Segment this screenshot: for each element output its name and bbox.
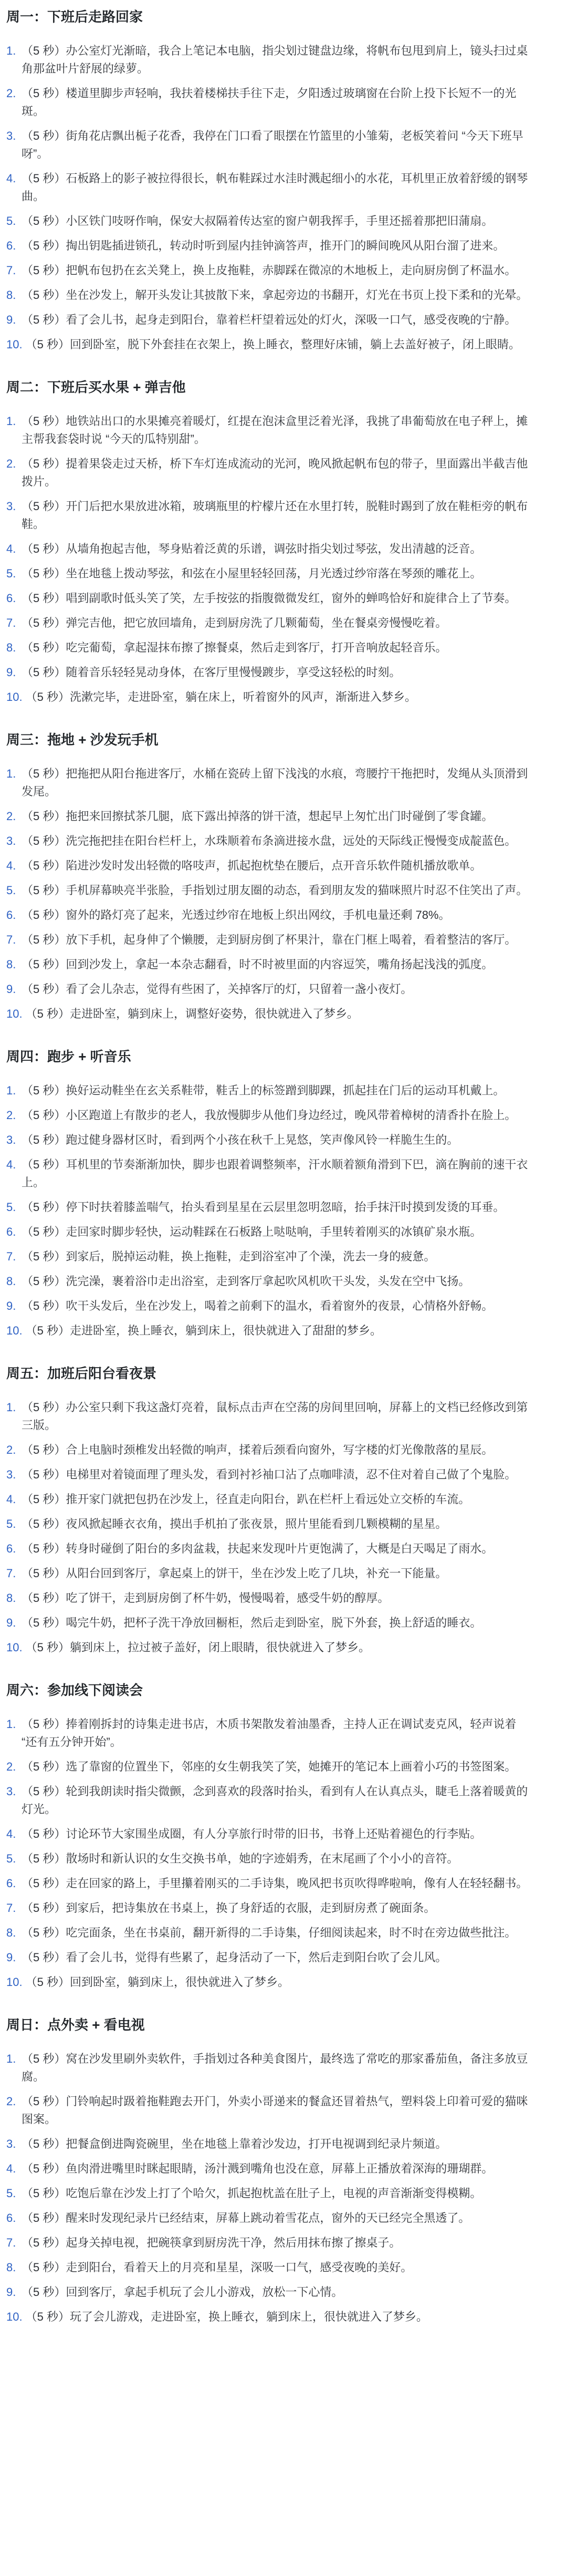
list-item: 8.（5 秒）吃完面条，坐在书桌前，翻开新得的二手诗集，仔细阅读起来，时不时在旁… (6, 1924, 534, 1942)
list-item: 3.（5 秒）跑过健身器材区时，看到两个小孩在秋千上晃悠，笑声像风铃一样脆生生的… (6, 1131, 534, 1149)
list-item: 10.（5 秒）走进卧室，换上睡衣，躺到床上，很快就进入了甜甜的梦乡。 (6, 1322, 534, 1340)
list-item-text: （5 秒）吃饱后靠在沙发上打了个哈欠，抓起抱枕盖在肚子上，电视的声音渐渐变得模糊… (22, 2187, 481, 2200)
list-item: 5.（5 秒）停下时扶着膝盖喘气，抬头看到星星在云层里忽明忽暗，抬手抹汗时摸到发… (6, 1198, 534, 1216)
day-heading: 周五：加班后阳台看夜景 (6, 1364, 534, 1383)
list-item-text: （5 秒）吃了饼干，走到厨房倒了杯牛奶，慢慢喝着，感受牛奶的醇厚。 (22, 1591, 389, 1605)
list-item-number: 1. (6, 42, 18, 60)
list-item-number: 4. (6, 857, 18, 875)
list-item-text: （5 秒）看了会儿书，起身走到阳台，靠着栏杆望着远处的灯火，深吸一口气，感受夜晚… (22, 313, 516, 326)
list-item: 1.（5 秒）办公室只剩下我这盏灯亮着，鼠标点击声在空荡的房间里回响，屏幕上的文… (6, 1399, 534, 1434)
list-item: 8.（5 秒）走到阳台，看着天上的月亮和星星，深吸一口气，感受夜晚的美好。 (6, 2259, 534, 2277)
list-item-text: （5 秒）弹完吉他，把它放回墙角，走到厨房洗了几颗葡萄，坐在餐桌旁慢慢吃着。 (22, 616, 447, 629)
list-item-number: 5. (6, 882, 18, 899)
day-heading: 周一：下班后走路回家 (6, 7, 534, 26)
list-item: 6.（5 秒）掏出钥匙插进锁孔，转动时听到屋内挂钟滴答声，推开门的瞬间晚风从阳台… (6, 237, 534, 255)
list-item-text: （5 秒）夜风掀起睡衣衣角，摸出手机拍了张夜景，照片里能看到几颗模糊的星星。 (22, 1517, 447, 1530)
list-item-number: 5. (6, 2185, 18, 2202)
list-item-number: 1. (6, 765, 18, 783)
day-section: 周四：跑步 + 听音乐1.（5 秒）换好运动鞋坐在玄关系鞋带，鞋舌上的标签蹭到脚… (6, 1047, 534, 1340)
list-item-number: 4. (6, 1156, 18, 1174)
list-item: 8.（5 秒）吃完葡萄，拿起湿抹布擦了擦餐桌，然后走到客厅，打开音响放起轻音乐。 (6, 639, 534, 657)
list-item: 2.（5 秒）提着果袋走过天桥，桥下车灯连成流动的光河，晚风掀起帆布包的带子，里… (6, 455, 534, 491)
list-item: 5.（5 秒）吃饱后靠在沙发上打了个哈欠，抓起抱枕盖在肚子上，电视的声音渐渐变得… (6, 2185, 534, 2202)
list-item: 7.（5 秒）放下手机，起身伸了个懒腰，走到厨房倒了杯果汁，靠在门框上喝着，看着… (6, 931, 534, 949)
list-item-text: （5 秒）随着音乐轻轻晃动身体，在客厅里慢慢踱步，享受这轻松的时刻。 (22, 666, 401, 679)
list-item-number: 4. (6, 170, 18, 188)
list-item-text: （5 秒）走回家时脚步轻快，运动鞋踩在石板路上哒哒响，手里转着刚买的冰镇矿泉水瓶… (22, 1225, 481, 1238)
list-item-number: 10. (6, 1005, 23, 1023)
list-item: 9.（5 秒）回到客厅，拿起手机玩了会儿小游戏，放松一下心情。 (6, 2283, 534, 2301)
list-item-text: （5 秒）坐在地毯上拨动琴弦，和弦在小屋里轻轻回荡，月光透过纱帘落在琴颈的雕花上… (22, 567, 481, 580)
list-item-text: （5 秒）回到客厅，拿起手机玩了会儿小游戏，放松一下心情。 (22, 2285, 343, 2299)
list-item: 5.（5 秒）手机屏幕映亮半张脸，手指划过朋友圈的动态，看到朋友发的猫咪照片时忍… (6, 882, 534, 899)
list-item: 8.（5 秒）洗完澡，裹着浴巾走出浴室，走到客厅拿起吹风机吹干头发，头发在空中飞… (6, 1273, 534, 1290)
day-item-list: 1.（5 秒）窝在沙发里刷外卖软件，手指划过各种美食图片，最终选了常吃的那家番茄… (6, 2050, 534, 2326)
list-item: 9.（5 秒）喝完牛奶，把杯子洗干净放回橱柜，然后走到卧室，脱下外套，换上舒适的… (6, 1614, 534, 1632)
list-item-number: 7. (6, 931, 18, 949)
list-item: 2.（5 秒）小区跑道上有散步的老人，我放慢脚步从他们身边经过，晚风带着樟树的清… (6, 1106, 534, 1124)
list-item-number: 3. (6, 1131, 18, 1149)
list-item-number: 3. (6, 1783, 18, 1801)
list-item-text: （5 秒）拖把来回擦拭茶几腿，底下露出掉落的饼干渣，想起早上匆忙出门时碰倒了零食… (22, 810, 493, 823)
list-item-text: （5 秒）走进卧室，换上睡衣，躺到床上，很快就进入了甜甜的梦乡。 (26, 1324, 382, 1337)
list-item-number: 10. (6, 1322, 23, 1340)
list-item-text: （5 秒）门铃响起时趿着拖鞋跑去开门，外卖小哥递来的餐盒还冒着热气，塑料袋上印着… (22, 2095, 528, 2126)
list-item-number: 2. (6, 455, 18, 473)
list-item: 3.（5 秒）轮到我朗读时指尖微颤，念到喜欢的段落时抬头，看到有人在认真点头，睫… (6, 1783, 534, 1818)
list-item: 1.（5 秒）地铁站出口的水果摊亮着暖灯，红提在泡沫盒里泛着光泽，我挑了串葡萄放… (6, 412, 534, 448)
day-heading: 周四：跑步 + 听音乐 (6, 1047, 534, 1066)
list-item-text: （5 秒）唱到副歌时低头笑了笑，左手按弦的指腹微微发红，窗外的蝉鸣恰好和旋律合上… (22, 592, 516, 605)
list-item-number: 1. (6, 1399, 18, 1416)
list-item-text: （5 秒）走到阳台，看着天上的月亮和星星，深吸一口气，感受夜晚的美好。 (22, 2261, 412, 2274)
list-item-number: 8. (6, 1589, 18, 1607)
list-item: 6.（5 秒）窗外的路灯亮了起来，光透过纱帘在地板上织出网纹，手机电量还剩 78… (6, 906, 534, 924)
list-item-number: 2. (6, 1441, 18, 1459)
list-item: 5.（5 秒）散场时和新认识的女生交换书单，她的字迹娟秀，在末尾画了个小小的音符… (6, 1850, 534, 1868)
list-item-number: 3. (6, 832, 18, 850)
list-item: 2.（5 秒）合上电脑时颈椎发出轻微的响声，揉着后颈看向窗外，写字楼的灯光像散落… (6, 1441, 534, 1459)
day-item-list: 1.（5 秒）把拖把从阳台拖进客厅，水桶在瓷砖上留下浅浅的水痕，弯腰拧干拖把时，… (6, 765, 534, 1023)
list-item-number: 9. (6, 980, 18, 998)
list-item-number: 2. (6, 85, 18, 102)
list-item: 1.（5 秒）捧着刚拆封的诗集走进书店，木质书架散发着油墨香，主持人正在调试麦克… (6, 1715, 534, 1751)
list-item-number: 1. (6, 412, 18, 430)
list-item-number: 4. (6, 540, 18, 558)
list-item: 4.（5 秒）从墙角抱起吉他，琴身贴着泛黄的乐谱，调弦时指尖划过琴弦，发出清越的… (6, 540, 534, 558)
list-item: 6.（5 秒）走回家时脚步轻快，运动鞋踩在石板路上哒哒响，手里转着刚买的冰镇矿泉… (6, 1223, 534, 1241)
list-item-text: （5 秒）喝完牛奶，把杯子洗干净放回橱柜，然后走到卧室，脱下外套，换上舒适的睡衣… (22, 1616, 481, 1629)
list-item-number: 7. (6, 1899, 18, 1917)
list-item: 7.（5 秒）从阳台回到客厅，拿起桌上的饼干，坐在沙发上吃了几块，补充一下能量。 (6, 1565, 534, 1582)
list-item-number: 3. (6, 127, 18, 145)
list-item-text: （5 秒）地铁站出口的水果摊亮着暖灯，红提在泡沫盒里泛着光泽，我挑了串葡萄放在电… (22, 415, 528, 446)
list-item-number: 2. (6, 2093, 18, 2111)
list-item-text: （5 秒）耳机里的节奏渐渐加快，脚步也跟着调整频率，汗水顺着额角滑到下巴，滴在胸… (22, 1158, 528, 1189)
day-heading: 周三：拖地 + 沙发玩手机 (6, 730, 534, 749)
day-section: 周日：点外卖 + 看电视1.（5 秒）窝在沙发里刷外卖软件，手指划过各种美食图片… (6, 2015, 534, 2326)
list-item-text: （5 秒）换好运动鞋坐在玄关系鞋带，鞋舌上的标签蹭到脚踝，抓起挂在门后的运动耳机… (22, 1084, 505, 1097)
list-item: 7.（5 秒）到家后，脱掉运动鞋，换上拖鞋，走到浴室冲了个澡，洗去一身的疲惫。 (6, 1248, 534, 1266)
day-heading: 周二：下班后买水果 + 弹吉他 (6, 378, 534, 397)
list-item-number: 8. (6, 1924, 18, 1942)
list-item-text: （5 秒）办公室只剩下我这盏灯亮着，鼠标点击声在空荡的房间里回响，屏幕上的文档已… (22, 1401, 528, 1432)
list-item-text: （5 秒）洗漱完毕，走进卧室，躺在床上，听着窗外的风声，渐渐进入梦乡。 (26, 690, 416, 704)
list-item-number: 5. (6, 565, 18, 583)
list-item-number: 7. (6, 2234, 18, 2252)
list-item-text: （5 秒）窝在沙发里刷外卖软件，手指划过各种美食图片，最终选了常吃的那家番茄鱼，… (22, 2052, 528, 2083)
list-item-text: （5 秒）到家后，把诗集放在书桌上，换了身舒适的衣服，走到厨房煮了碗面条。 (22, 1901, 435, 1915)
list-item: 10.（5 秒）回到卧室，脱下外套挂在衣架上，换上睡衣，整理好床铺，躺上去盖好被… (6, 336, 534, 354)
day-item-list: 1.（5 秒）捧着刚拆封的诗集走进书店，木质书架散发着油墨香，主持人正在调试麦克… (6, 1715, 534, 1991)
list-item: 3.（5 秒）洗完拖把挂在阳台栏杆上，水珠顺着布条滴进接水盘，远处的天际线正慢慢… (6, 832, 534, 850)
day-item-list: 1.（5 秒）办公室只剩下我这盏灯亮着，鼠标点击声在空荡的房间里回响，屏幕上的文… (6, 1399, 534, 1657)
list-item-text: （5 秒）选了靠窗的位置坐下，邻座的女生朝我笑了笑，她摊开的笔记本上画着小巧的书… (22, 1760, 516, 1773)
list-item: 1.（5 秒）办公室灯光渐暗，我合上笔记本电脑，指尖划过键盘边缘，将帆布包甩到肩… (6, 42, 534, 78)
list-item-text: （5 秒）把餐盒倒进陶瓷碗里，坐在地毯上靠着沙发边，打开电视调到纪录片频道。 (22, 2137, 447, 2150)
list-item-text: （5 秒）看了会儿书，觉得有些累了，起身活动了一下，然后走到阳台吹了会儿风。 (22, 1951, 447, 1964)
list-item-number: 6. (6, 1875, 18, 1892)
list-item: 3.（5 秒）电梯里对着镜面理了理头发，看到衬衫袖口沾了点咖啡渍，忍不住对着自己… (6, 1466, 534, 1484)
list-item-number: 6. (6, 1223, 18, 1241)
day-item-list: 1.（5 秒）换好运动鞋坐在玄关系鞋带，鞋舌上的标签蹭到脚踝，抓起挂在门后的运动… (6, 1082, 534, 1340)
list-item: 4.（5 秒）耳机里的节奏渐渐加快，脚步也跟着调整频率，汗水顺着额角滑到下巴，滴… (6, 1156, 534, 1192)
list-item-text: （5 秒）到家后，脱掉运动鞋，换上拖鞋，走到浴室冲了个澡，洗去一身的疲惫。 (22, 1250, 435, 1263)
list-item-text: （5 秒）跑过健身器材区时，看到两个小孩在秋千上晃悠，笑声像风铃一样脆生生的。 (22, 1133, 458, 1146)
list-item-number: 10. (6, 688, 23, 706)
list-item-text: （5 秒）鱼肉滑进嘴里时眯起眼睛，汤汁溅到嘴角也没在意，屏幕上正播放着深海的珊瑚… (22, 2162, 493, 2175)
list-item-text: （5 秒）起身关掉电视，把碗筷拿到厨房洗干净，然后用抹布擦了擦桌子。 (22, 2236, 401, 2249)
list-item-text: （5 秒）回到卧室，躺到床上，很快就进入了梦乡。 (26, 1975, 289, 1989)
list-item-number: 4. (6, 2160, 18, 2178)
list-item: 2.（5 秒）楼道里脚步声轻响，我扶着楼梯扶手往下走，夕阳透过玻璃窗在台阶上投下… (6, 85, 534, 120)
list-item-text: （5 秒）窗外的路灯亮了起来，光透过纱帘在地板上织出网纹，手机电量还剩 78%。 (22, 908, 450, 922)
list-item-text: （5 秒）躺到床上，拉过被子盖好，闭上眼睛，很快就进入了梦乡。 (26, 1641, 370, 1654)
list-item-number: 8. (6, 956, 18, 974)
day-section: 周五：加班后阳台看夜景1.（5 秒）办公室只剩下我这盏灯亮着，鼠标点击声在空荡的… (6, 1364, 534, 1657)
list-item: 2.（5 秒）门铃响起时趿着拖鞋跑去开门，外卖小哥递来的餐盒还冒着热气，塑料袋上… (6, 2093, 534, 2128)
list-item-text: （5 秒）捧着刚拆封的诗集走进书店，木质书架散发着油墨香，主持人正在调试麦克风，… (22, 1718, 516, 1749)
list-item-text: （5 秒）走在回家的路上，手里攥着刚买的二手诗集，晚风把书页吹得哗啦响，像有人在… (22, 1877, 528, 1890)
list-item: 8.（5 秒）坐在沙发上，解开头发让其披散下来，拿起旁边的书翻开，灯光在书页上投… (6, 286, 534, 304)
list-item: 7.（5 秒）到家后，把诗集放在书桌上，换了身舒适的衣服，走到厨房煮了碗面条。 (6, 1899, 534, 1917)
list-item-number: 10. (6, 336, 23, 354)
list-item-text: （5 秒）散场时和新认识的女生交换书单，她的字迹娟秀，在末尾画了个小小的音符。 (22, 1852, 458, 1865)
list-item: 5.（5 秒）夜风掀起睡衣衣角，摸出手机拍了张夜景，照片里能看到几颗模糊的星星。 (6, 1515, 534, 1533)
list-item-number: 1. (6, 1082, 18, 1100)
list-item: 2.（5 秒）拖把来回擦拭茶几腿，底下露出掉落的饼干渣，想起早上匆忙出门时碰倒了… (6, 808, 534, 825)
list-item: 10.（5 秒）回到卧室，躺到床上，很快就进入了梦乡。 (6, 1973, 534, 1991)
list-item-text: （5 秒）玩了会儿游戏，走进卧室，换上睡衣，躺到床上，很快就进入了梦乡。 (26, 2310, 428, 2323)
document-page: 周一：下班后走路回家1.（5 秒）办公室灯光渐暗，我合上笔记本电脑，指尖划过键盘… (0, 0, 567, 2342)
list-item-number: 6. (6, 906, 18, 924)
list-item-number: 5. (6, 212, 18, 230)
list-item-number: 9. (6, 1949, 18, 1967)
list-item-number: 8. (6, 286, 18, 304)
list-item: 8.（5 秒）回到沙发上，拿起一本杂志翻看，时不时被里面的内容逗笑，嘴角扬起浅浅… (6, 956, 534, 974)
list-item: 7.（5 秒）把帆布包扔在玄关凳上，换上皮拖鞋，赤脚踩在微凉的木地板上，走向厨房… (6, 262, 534, 280)
list-item-number: 9. (6, 1614, 18, 1632)
list-item-number: 6. (6, 237, 18, 255)
list-item: 4.（5 秒）讨论环节大家围坐成圈，有人分享旅行时带的旧书，书脊上还贴着褪色的行… (6, 1825, 534, 1843)
day-section: 周六：参加线下阅读会1.（5 秒）捧着刚拆封的诗集走进书店，木质书架散发着油墨香… (6, 1681, 534, 1991)
list-item: 1.（5 秒）换好运动鞋坐在玄关系鞋带，鞋舌上的标签蹭到脚踝，抓起挂在门后的运动… (6, 1082, 534, 1100)
list-item-text: （5 秒）讨论环节大家围坐成圈，有人分享旅行时带的旧书，书脊上还贴着褪色的行李贴… (22, 1827, 481, 1840)
list-item-number: 6. (6, 1540, 18, 1558)
list-item-number: 4. (6, 1491, 18, 1508)
list-item: 2.（5 秒）选了靠窗的位置坐下，邻座的女生朝我笑了笑，她摊开的笔记本上画着小巧… (6, 1758, 534, 1776)
list-item-text: （5 秒）从阳台回到客厅，拿起桌上的饼干，坐在沙发上吃了几块，补充一下能量。 (22, 1567, 447, 1580)
list-item-number: 8. (6, 639, 18, 657)
day-heading: 周日：点外卖 + 看电视 (6, 2015, 534, 2034)
day-item-list: 1.（5 秒）地铁站出口的水果摊亮着暖灯，红提在泡沫盒里泛着光泽，我挑了串葡萄放… (6, 412, 534, 706)
list-item-number: 7. (6, 1248, 18, 1266)
day-section: 周一：下班后走路回家1.（5 秒）办公室灯光渐暗，我合上笔记本电脑，指尖划过键盘… (6, 7, 534, 354)
list-item-number: 10. (6, 2308, 23, 2326)
list-item-number: 3. (6, 2135, 18, 2153)
list-item-number: 9. (6, 664, 18, 681)
list-item: 3.（5 秒）街角花店飘出栀子花香，我停在门口看了眼摆在竹篮里的小雏菊，老板笑着… (6, 127, 534, 163)
list-item-text: （5 秒）吃完葡萄，拿起湿抹布擦了擦餐桌，然后走到客厅，打开音响放起轻音乐。 (22, 641, 447, 654)
list-item-text: （5 秒）回到卧室，脱下外套挂在衣架上，换上睡衣，整理好床铺，躺上去盖好被子，闭… (26, 338, 520, 351)
list-item-number: 8. (6, 2259, 18, 2277)
list-item-number: 2. (6, 808, 18, 825)
list-item-text: （5 秒）掏出钥匙插进锁孔，转动时听到屋内挂钟滴答声，推开门的瞬间晚风从阳台溜了… (22, 239, 505, 252)
day-heading: 周六：参加线下阅读会 (6, 1681, 534, 1700)
list-item: 6.（5 秒）转身时碰倒了阳台的多肉盆栽，扶起来发现叶片更饱满了，大概是白天喝足… (6, 1540, 534, 1558)
list-item-number: 6. (6, 589, 18, 607)
list-item-number: 1. (6, 1715, 18, 1733)
list-item-number: 10. (6, 1973, 23, 1991)
list-item-number: 7. (6, 1565, 18, 1582)
list-item-number: 3. (6, 1466, 18, 1484)
list-item-text: （5 秒）走进卧室，躺到床上，调整好姿势，很快就进入了梦乡。 (26, 1007, 359, 1020)
list-item: 5.（5 秒）坐在地毯上拨动琴弦，和弦在小屋里轻轻回荡，月光透过纱帘落在琴颈的雕… (6, 565, 534, 583)
list-item-text: （5 秒）楼道里脚步声轻响，我扶着楼梯扶手往下走，夕阳透过玻璃窗在台阶上投下长短… (22, 87, 516, 118)
list-item: 9.（5 秒）看了会儿杂志，觉得有些困了，关掉客厅的灯，只留着一盏小夜灯。 (6, 980, 534, 998)
list-item-text: （5 秒）开门后把水果放进冰箱，玻璃瓶里的柠檬片还在水里打转，脱鞋时踢到了放在鞋… (22, 500, 528, 531)
list-item-number: 2. (6, 1106, 18, 1124)
list-item: 6.（5 秒）醒来时发现纪录片已经结束，屏幕上跳动着雪花点，窗外的天已经完全黑透… (6, 2209, 534, 2227)
list-item: 6.（5 秒）走在回家的路上，手里攥着刚买的二手诗集，晚风把书页吹得哗啦响，像有… (6, 1875, 534, 1892)
list-item: 4.（5 秒）石板路上的影子被拉得很长，帆布鞋踩过水洼时溅起细小的水花，耳机里正… (6, 170, 534, 205)
list-item-number: 4. (6, 1825, 18, 1843)
list-item-text: （5 秒）街角花店飘出栀子花香，我停在门口看了眼摆在竹篮里的小雏菊，老板笑着问 … (22, 129, 523, 160)
list-item-number: 5. (6, 1515, 18, 1533)
list-item: 1.（5 秒）窝在沙发里刷外卖软件，手指划过各种美食图片，最终选了常吃的那家番茄… (6, 2050, 534, 2086)
list-item-text: （5 秒）石板路上的影子被拉得很长，帆布鞋踩过水洼时溅起细小的水花，耳机里正放着… (22, 172, 528, 203)
list-item-text: （5 秒）把拖把从阳台拖进客厅，水桶在瓷砖上留下浅浅的水痕，弯腰拧干拖把时，发绳… (22, 767, 528, 798)
list-item-text: （5 秒）办公室灯光渐暗，我合上笔记本电脑，指尖划过键盘边缘，将帆布包甩到肩上，… (22, 44, 528, 75)
list-item: 5.（5 秒）小区铁门吱呀作响，保安大叔隔着传达室的窗户朝我挥手，手里还摇着那把… (6, 212, 534, 230)
list-item-number: 9. (6, 1297, 18, 1315)
list-item-number: 8. (6, 1273, 18, 1290)
list-item: 10.（5 秒）躺到床上，拉过被子盖好，闭上眼睛，很快就进入了梦乡。 (6, 1639, 534, 1657)
list-item-number: 2. (6, 1758, 18, 1776)
list-item-text: （5 秒）推开家门就把包扔在沙发上，径直走向阳台，趴在栏杆上看远处立交桥的车流。 (22, 1493, 470, 1506)
list-item-text: （5 秒）把帆布包扔在玄关凳上，换上皮拖鞋，赤脚踩在微凉的木地板上，走向厨房倒了… (22, 264, 516, 277)
list-item-number: 7. (6, 262, 18, 280)
day-section: 周三：拖地 + 沙发玩手机1.（5 秒）把拖把从阳台拖进客厅，水桶在瓷砖上留下浅… (6, 730, 534, 1023)
list-item: 9.（5 秒）吹干头发后，坐在沙发上，喝着之前剩下的温水，看着窗外的夜景，心情格… (6, 1297, 534, 1315)
list-item-number: 6. (6, 2209, 18, 2227)
list-item-text: （5 秒）小区跑道上有散步的老人，我放慢脚步从他们身边经过，晚风带着樟树的清香扑… (22, 1109, 516, 1122)
day-section: 周二：下班后买水果 + 弹吉他1.（5 秒）地铁站出口的水果摊亮着暖灯，红提在泡… (6, 378, 534, 706)
list-item-text: （5 秒）放下手机，起身伸了个懒腰，走到厨房倒了杯果汁，靠在门框上喝着，看着整洁… (22, 933, 516, 946)
list-item-text: （5 秒）陷进沙发时发出轻微的咯吱声，抓起抱枕垫在腰后，点开音乐软件随机播放歌单… (22, 859, 481, 872)
list-item-text: （5 秒）从墙角抱起吉他，琴身贴着泛黄的乐谱，调弦时指尖划过琴弦，发出清越的泛音… (22, 542, 481, 555)
list-item-number: 5. (6, 1850, 18, 1868)
list-item: 7.（5 秒）起身关掉电视，把碗筷拿到厨房洗干净，然后用抹布擦了擦桌子。 (6, 2234, 534, 2252)
list-item-text: （5 秒）醒来时发现纪录片已经结束，屏幕上跳动着雪花点，窗外的天已经完全黑透了。 (22, 2211, 470, 2225)
list-item: 8.（5 秒）吃了饼干，走到厨房倒了杯牛奶，慢慢喝着，感受牛奶的醇厚。 (6, 1589, 534, 1607)
list-item-text: （5 秒）小区铁门吱呀作响，保安大叔隔着传达室的窗户朝我挥手，手里还摇着那把旧蒲… (22, 214, 493, 227)
list-item: 9.（5 秒）看了会儿书，起身走到阳台，靠着栏杆望着远处的灯火，深吸一口气，感受… (6, 311, 534, 329)
list-item: 10.（5 秒）玩了会儿游戏，走进卧室，换上睡衣，躺到床上，很快就进入了梦乡。 (6, 2308, 534, 2326)
list-item: 3.（5 秒）把餐盒倒进陶瓷碗里，坐在地毯上靠着沙发边，打开电视调到纪录片频道。 (6, 2135, 534, 2153)
list-item-text: （5 秒）洗完拖把挂在阳台栏杆上，水珠顺着布条滴进接水盘，远处的天际线正慢慢变成… (22, 834, 516, 847)
list-item-text: （5 秒）手机屏幕映亮半张脸，手指划过朋友圈的动态，看到朋友发的猫咪照片时忍不住… (22, 884, 528, 897)
list-item: 9.（5 秒）看了会儿书，觉得有些累了，起身活动了一下，然后走到阳台吹了会儿风。 (6, 1949, 534, 1967)
list-item-number: 7. (6, 614, 18, 632)
list-item: 1.（5 秒）把拖把从阳台拖进客厅，水桶在瓷砖上留下浅浅的水痕，弯腰拧干拖把时，… (6, 765, 534, 801)
list-item-number: 9. (6, 2283, 18, 2301)
list-item-text: （5 秒）吃完面条，坐在书桌前，翻开新得的二手诗集，仔细阅读起来，时不时在旁边做… (22, 1926, 516, 1939)
list-item-text: （5 秒）轮到我朗读时指尖微颤，念到喜欢的段落时抬头，看到有人在认真点头，睫毛上… (22, 1785, 528, 1816)
list-item: 7.（5 秒）弹完吉他，把它放回墙角，走到厨房洗了几颗葡萄，坐在餐桌旁慢慢吃着。 (6, 614, 534, 632)
list-item-text: （5 秒）转身时碰倒了阳台的多肉盆栽，扶起来发现叶片更饱满了，大概是白天喝足了雨… (22, 1542, 493, 1555)
list-item: 4.（5 秒）陷进沙发时发出轻微的咯吱声，抓起抱枕垫在腰后，点开音乐软件随机播放… (6, 857, 534, 875)
list-item: 9.（5 秒）随着音乐轻轻晃动身体，在客厅里慢慢踱步，享受这轻松的时刻。 (6, 664, 534, 681)
list-item-number: 10. (6, 1639, 23, 1657)
list-item: 10.（5 秒）洗漱完毕，走进卧室，躺在床上，听着窗外的风声，渐渐进入梦乡。 (6, 688, 534, 706)
list-item-number: 3. (6, 498, 18, 515)
list-item-text: （5 秒）电梯里对着镜面理了理头发，看到衬衫袖口沾了点咖啡渍，忍不住对着自己做了… (22, 1468, 516, 1481)
day-item-list: 1.（5 秒）办公室灯光渐暗，我合上笔记本电脑，指尖划过键盘边缘，将帆布包甩到肩… (6, 42, 534, 354)
list-item-number: 1. (6, 2050, 18, 2068)
list-item-text: （5 秒）提着果袋走过天桥，桥下车灯连成流动的光河，晚风掀起帆布包的带子，里面露… (22, 457, 528, 488)
list-item: 6.（5 秒）唱到副歌时低头笑了笑，左手按弦的指腹微微发红，窗外的蝉鸣恰好和旋律… (6, 589, 534, 607)
list-item-text: （5 秒）坐在沙发上，解开头发让其披散下来，拿起旁边的书翻开，灯光在书页上投下柔… (22, 288, 528, 302)
list-item-number: 5. (6, 1198, 18, 1216)
list-item-text: （5 秒）回到沙发上，拿起一本杂志翻看，时不时被里面的内容逗笑，嘴角扬起浅浅的弧… (22, 958, 493, 971)
list-item: 10.（5 秒）走进卧室，躺到床上，调整好姿势，很快就进入了梦乡。 (6, 1005, 534, 1023)
list-item-text: （5 秒）停下时扶着膝盖喘气，抬头看到星星在云层里忽明忽暗，抬手抹汗时摸到发烫的… (22, 1201, 505, 1214)
list-item-text: （5 秒）看了会儿杂志，觉得有些困了，关掉客厅的灯，只留着一盏小夜灯。 (22, 982, 412, 996)
list-item: 4.（5 秒）推开家门就把包扔在沙发上，径直走向阳台，趴在栏杆上看远处立交桥的车… (6, 1491, 534, 1508)
list-item-text: （5 秒）吹干头发后，坐在沙发上，喝着之前剩下的温水，看着窗外的夜景，心情格外舒… (22, 1299, 493, 1312)
list-item-text: （5 秒）合上电脑时颈椎发出轻微的响声，揉着后颈看向窗外，写字楼的灯光像散落的星… (22, 1443, 493, 1456)
list-item-text: （5 秒）洗完澡，裹着浴巾走出浴室，走到客厅拿起吹风机吹干头发，头发在空中飞扬。 (22, 1275, 470, 1288)
list-item-number: 9. (6, 311, 18, 329)
list-item: 4.（5 秒）鱼肉滑进嘴里时眯起眼睛，汤汁溅到嘴角也没在意，屏幕上正播放着深海的… (6, 2160, 534, 2178)
list-item: 3.（5 秒）开门后把水果放进冰箱，玻璃瓶里的柠檬片还在水里打转，脱鞋时踢到了放… (6, 498, 534, 533)
